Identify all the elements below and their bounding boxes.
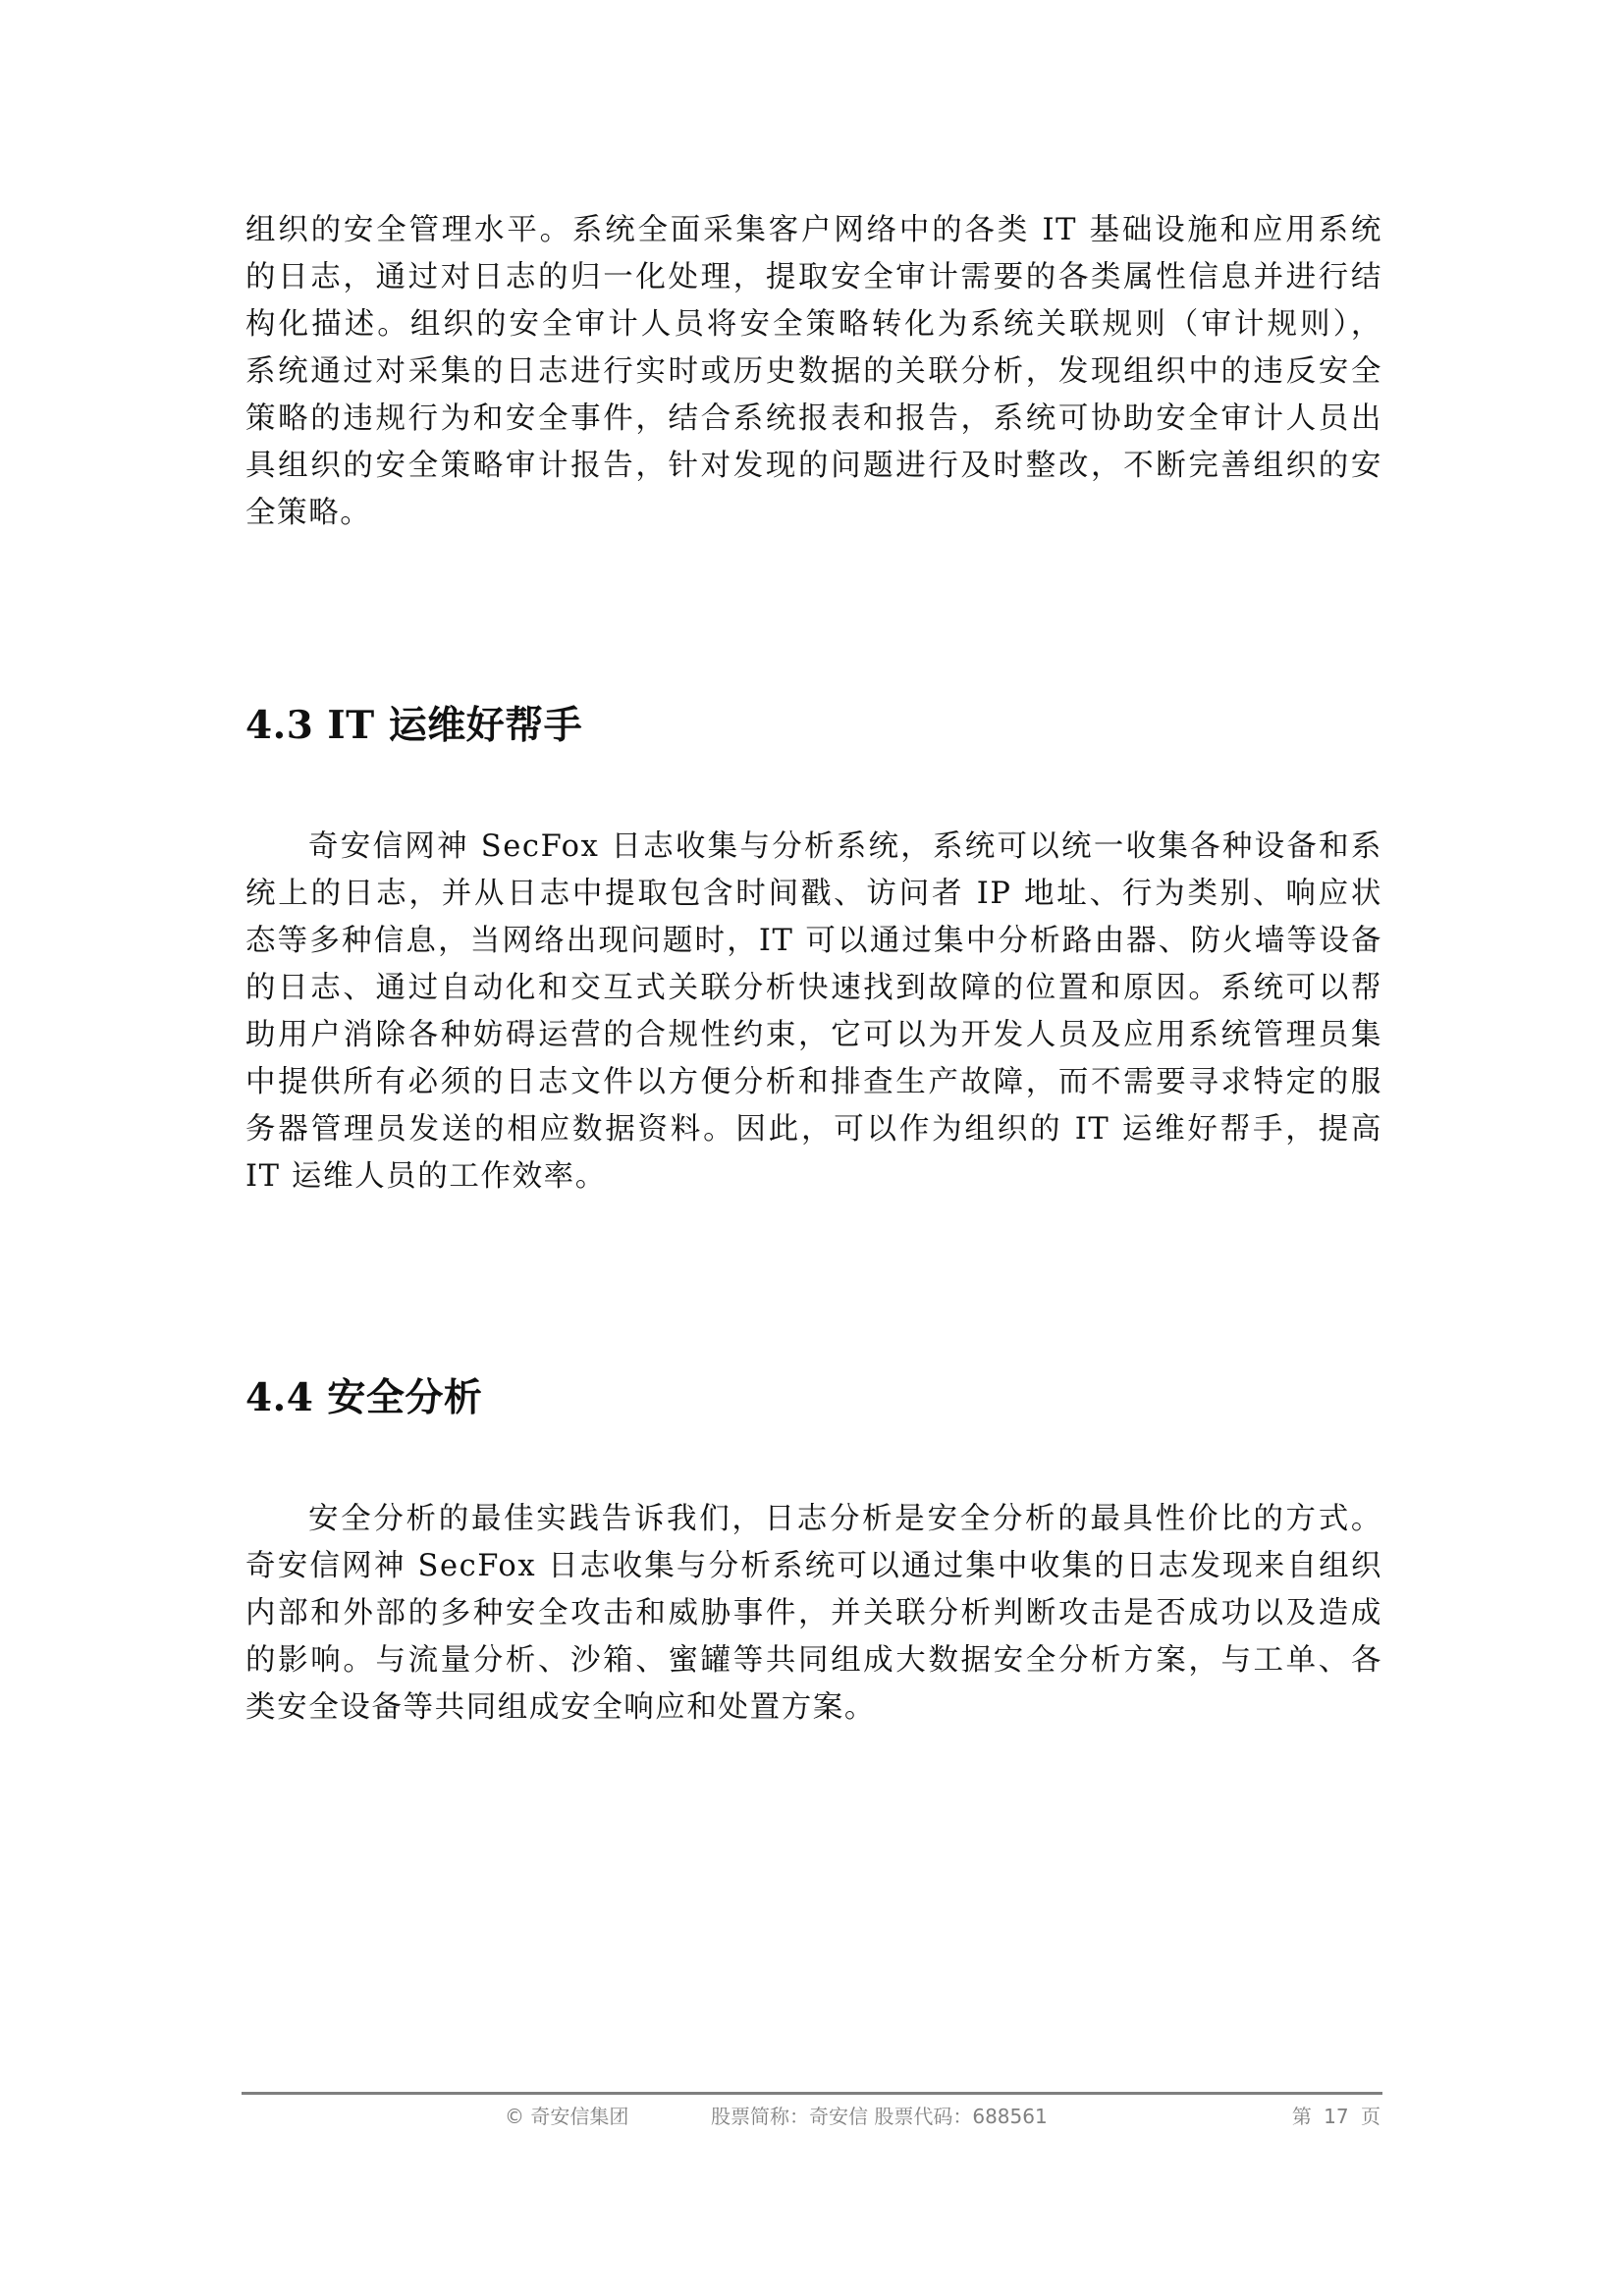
document-page: 组织的安全管理水平。系统全面采集客户网络中的各类 IT 基础设施和应用系统 的日… — [245, 0, 1382, 2296]
text-line: 内部和外部的多种安全攻击和威胁事件，并关联分析判断攻击是否成功以及造成 — [245, 1590, 1382, 1637]
text-line: 具组织的安全策略审计报告，针对发现的问题进行及时整改，不断完善组织的安 — [245, 443, 1382, 490]
footer-page-number: 第 17 页 — [1292, 2103, 1380, 2130]
paragraph-it-ops-helper: 奇安信网神 SecFox 日志收集与分析系统，系统可以统一收集各种设备和系 统上… — [245, 824, 1382, 1201]
section-heading-4-4: 4.4 安全分析 — [245, 1372, 482, 1423]
text-line: 的影响。与流量分析、沙箱、蜜罐等共同组成大数据安全分析方案，与工单、各 — [245, 1637, 1382, 1684]
text-line: 助用户消除各种妨碍运营的合规性约束，它可以为开发人员及应用系统管理员集 — [245, 1012, 1382, 1059]
text-line: 安全分析的最佳实践告诉我们，日志分析是安全分析的最具性价比的方式。 — [245, 1496, 1382, 1543]
section-heading-4-3: 4.3 IT 运维好帮手 — [245, 700, 582, 751]
paragraph-security-audit-continued: 组织的安全管理水平。系统全面采集客户网络中的各类 IT 基础设施和应用系统 的日… — [245, 207, 1382, 537]
text-line: 务器管理员发送的相应数据资料。因此，可以作为组织的 IT 运维好帮手，提高 — [245, 1106, 1382, 1153]
text-line: IT 运维人员的工作效率。 — [245, 1153, 1382, 1201]
footer-copyright: © 奇安信集团 — [505, 2103, 628, 2130]
text-line: 类安全设备等共同组成安全响应和处置方案。 — [245, 1684, 1382, 1732]
paragraph-security-analysis: 安全分析的最佳实践告诉我们，日志分析是安全分析的最具性价比的方式。 奇安信网神 … — [245, 1496, 1382, 1732]
text-line: 系统通过对采集的日志进行实时或历史数据的关联分析，发现组织中的违反安全 — [245, 348, 1382, 396]
text-line: 统上的日志，并从日志中提取包含时间戳、访问者 IP 地址、行为类别、响应状 — [245, 871, 1382, 918]
text-line: 全策略。 — [245, 490, 1382, 537]
text-line: 奇安信网神 SecFox 日志收集与分析系统，系统可以统一收集各种设备和系 — [245, 824, 1382, 871]
footer-stock-info: 股票简称：奇安信 股票代码：688561 — [711, 2103, 1048, 2130]
text-line: 态等多种信息，当网络出现问题时，IT 可以通过集中分析路由器、防火墙等设备 — [245, 918, 1382, 965]
text-line: 的日志，通过对日志的归一化处理，提取安全审计需要的各类属性信息并进行结 — [245, 254, 1382, 301]
text-line: 组织的安全管理水平。系统全面采集客户网络中的各类 IT 基础设施和应用系统 — [245, 207, 1382, 254]
footer-divider — [242, 2092, 1382, 2095]
text-line: 奇安信网神 SecFox 日志收集与分析系统可以通过集中收集的日志发现来自组织 — [245, 1543, 1382, 1590]
text-line: 中提供所有必须的日志文件以方便分析和排查生产故障，而不需要寻求特定的服 — [245, 1059, 1382, 1106]
page-footer: © 奇安信集团 股票简称：奇安信 股票代码：688561 第 17 页 — [242, 2103, 1382, 2134]
text-line: 策略的违规行为和安全事件，结合系统报表和报告，系统可协助安全审计人员出 — [245, 396, 1382, 443]
text-line: 构化描述。组织的安全审计人员将安全策略转化为系统关联规则（审计规则）， — [245, 301, 1382, 348]
text-line: 的日志、通过自动化和交互式关联分析快速找到故障的位置和原因。系统可以帮 — [245, 965, 1382, 1012]
